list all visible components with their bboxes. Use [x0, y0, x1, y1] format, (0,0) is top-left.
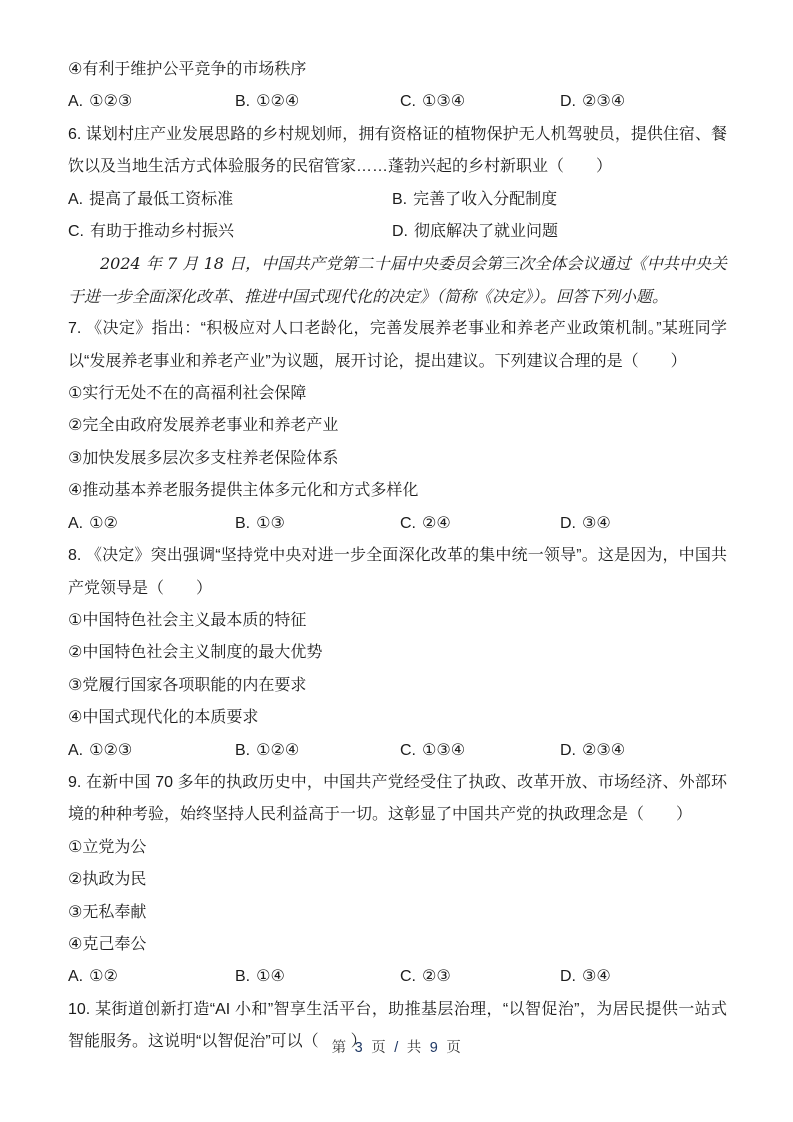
- answer-value: ①②: [89, 968, 118, 985]
- answer-value: ①②③: [89, 742, 132, 759]
- answer-value: 彻底解决了就业问题: [414, 223, 558, 240]
- answer-label: D.: [560, 968, 576, 985]
- q8-answer-a: A.①②③: [68, 735, 235, 767]
- answer-label: A.: [68, 191, 83, 208]
- answer-label: A.: [68, 93, 83, 110]
- footer-separator: /: [394, 1040, 399, 1056]
- q9-item-4: ④克己奉公: [68, 929, 727, 961]
- answer-value: ①②③: [89, 93, 132, 110]
- q9-item-2: ②执政为民: [68, 864, 727, 896]
- q7-item-4: ④推动基本养老服务提供主体多元化和方式多样化: [68, 475, 727, 507]
- q6-answer-row-1: A.提高了最低工资标准 B.完善了收入分配制度: [68, 184, 727, 216]
- answer-label: B.: [235, 93, 250, 110]
- q5-answer-b: B.①②④: [235, 86, 400, 118]
- answer-value: ②③: [422, 968, 451, 985]
- q5-answer-d: D.②③④: [560, 86, 727, 118]
- answer-label: B.: [235, 515, 250, 532]
- q9-item-3: ③无私奉献: [68, 897, 727, 929]
- answer-value: ①②④: [256, 742, 299, 759]
- footer-unit-2: 页: [446, 1040, 461, 1056]
- answer-label: B.: [392, 191, 407, 208]
- q8-item-3: ③党履行国家各项职能的内在要求: [68, 670, 727, 702]
- q7-answer-row: A.①② B.①③ C.②④ D.③④: [68, 508, 727, 540]
- q9-answer-b: B.①④: [235, 961, 400, 993]
- answer-value: ①②: [89, 515, 118, 532]
- answer-value: ①③: [256, 515, 285, 532]
- question-8-stem: 8. 《决定》突出强调“坚持党中央对进一步全面深化改革的集中统一领导”。这是因为…: [68, 540, 727, 605]
- footer-total-number: 9: [430, 1040, 439, 1056]
- q8-item-1: ①中国特色社会主义最本质的特征: [68, 605, 727, 637]
- answer-value: ②③④: [582, 93, 625, 110]
- answer-value: 提高了最低工资标准: [89, 191, 233, 208]
- q7-answer-a: A.①②: [68, 508, 235, 540]
- answer-value: 完善了收入分配制度: [413, 191, 557, 208]
- footer-label-page: 第: [332, 1040, 347, 1056]
- answer-value: ③④: [582, 515, 611, 532]
- answer-value: ①②④: [256, 93, 299, 110]
- material-intro-paragraph: 2024 年 7 月 18 日，中国共产党第二十届中央委员会第三次全体会议通过《…: [68, 248, 727, 313]
- answer-label: B.: [235, 742, 250, 759]
- q5-answer-row: A.①②③ B.①②④ C.①③④ D.②③④: [68, 86, 727, 118]
- answer-label: C.: [400, 515, 416, 532]
- q7-item-3: ③加快发展多层次多支柱养老保险体系: [68, 443, 727, 475]
- q6-answer-d: D.彻底解决了就业问题: [392, 216, 727, 248]
- answer-label: C.: [400, 968, 416, 985]
- q9-item-1: ①立党为公: [68, 832, 727, 864]
- answer-label: C.: [400, 742, 416, 759]
- q5-answer-a: A.①②③: [68, 86, 235, 118]
- q8-item-2: ②中国特色社会主义制度的最大优势: [68, 637, 727, 669]
- question-7-stem: 7. 《决定》指出：“积极应对人口老龄化，完善发展养老事业和养老产业政策机制。”…: [68, 313, 727, 378]
- q9-answer-a: A.①②: [68, 961, 235, 993]
- q6-answer-c: C.有助于推动乡村振兴: [68, 216, 392, 248]
- q9-answer-d: D.③④: [560, 961, 727, 993]
- answer-value: ②④: [422, 515, 451, 532]
- answer-value: ①④: [256, 968, 285, 985]
- question-6: 6. 谋划村庄产业发展思路的乡村规划师，拥有资格证的植物保护无人机驾驶员，提供住…: [68, 119, 727, 249]
- q7-answer-c: C.②④: [400, 508, 560, 540]
- q9-answer-row: A.①② B.①④ C.②③ D.③④: [68, 961, 727, 993]
- answer-label: C.: [68, 223, 84, 240]
- q7-item-2: ②完全由政府发展养老事业和养老产业: [68, 410, 727, 442]
- footer-label-total: 共: [407, 1040, 422, 1056]
- answer-label: D.: [560, 93, 576, 110]
- q8-answer-row: A.①②③ B.①②④ C.①③④ D.②③④: [68, 735, 727, 767]
- q8-item-4: ④中国式现代化的本质要求: [68, 702, 727, 734]
- q5-option-4: ④有利于维护公平竞争的市场秩序: [68, 54, 727, 86]
- answer-value: ③④: [582, 968, 611, 985]
- q6-answer-a: A.提高了最低工资标准: [68, 184, 392, 216]
- q6-answer-b: B.完善了收入分配制度: [392, 184, 727, 216]
- q5-answer-c: C.①③④: [400, 86, 560, 118]
- answer-label: A.: [68, 742, 83, 759]
- footer-unit-1: 页: [371, 1040, 386, 1056]
- answer-label: D.: [560, 515, 576, 532]
- answer-label: D.: [392, 223, 408, 240]
- answer-value: ①③④: [422, 742, 465, 759]
- q8-answer-c: C.①③④: [400, 735, 560, 767]
- question-9-stem: 9. 在新中国 70 多年的执政历史中，中国共产党经受住了执政、改革开放、市场经…: [68, 767, 727, 832]
- answer-label: B.: [235, 968, 250, 985]
- q9-answer-c: C.②③: [400, 961, 560, 993]
- answer-value: ②③④: [582, 742, 625, 759]
- answer-label: C.: [400, 93, 416, 110]
- question-6-stem: 6. 谋划村庄产业发展思路的乡村规划师，拥有资格证的植物保护无人机驾驶员，提供住…: [68, 119, 727, 184]
- answer-value: ①③④: [422, 93, 465, 110]
- q7-item-1: ①实行无处不在的高福利社会保障: [68, 378, 727, 410]
- footer-page-number: 3: [355, 1040, 364, 1056]
- answer-label: A.: [68, 968, 83, 985]
- question-8: 8. 《决定》突出强调“坚持党中央对进一步全面深化改革的集中统一领导”。这是因为…: [68, 540, 727, 767]
- q7-answer-d: D.③④: [560, 508, 727, 540]
- q8-answer-d: D.②③④: [560, 735, 727, 767]
- q6-answer-row-2: C.有助于推动乡村振兴 D.彻底解决了就业问题: [68, 216, 727, 248]
- page-content: ④有利于维护公平竞争的市场秩序 A.①②③ B.①②④ C.①③④ D.②③④ …: [68, 0, 727, 1059]
- answer-label: A.: [68, 515, 83, 532]
- q8-answer-b: B.①②④: [235, 735, 400, 767]
- question-7: 7. 《决定》指出：“积极应对人口老龄化，完善发展养老事业和养老产业政策机制。”…: [68, 313, 727, 540]
- page-footer: 第3页/共9页: [0, 1036, 793, 1057]
- exam-page: ④有利于维护公平竞争的市场秩序 A.①②③ B.①②④ C.①③④ D.②③④ …: [0, 0, 793, 1122]
- question-9: 9. 在新中国 70 多年的执政历史中，中国共产党经受住了执政、改革开放、市场经…: [68, 767, 727, 994]
- answer-value: 有助于推动乡村振兴: [90, 223, 234, 240]
- q7-answer-b: B.①③: [235, 508, 400, 540]
- answer-label: D.: [560, 742, 576, 759]
